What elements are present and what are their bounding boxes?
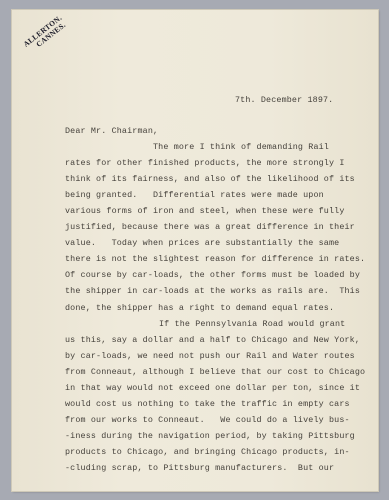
body-line: us this, say a dollar and a half to Chic… bbox=[65, 335, 360, 345]
body-line: done, the shipper has a right to demand … bbox=[65, 303, 334, 313]
body-line: from Conneaut, although I believe that o… bbox=[65, 367, 365, 377]
body-line: value. Today when prices are substantial… bbox=[65, 238, 339, 248]
letter-date: 7th. December 1897. bbox=[235, 95, 333, 105]
body-line: rates for other finished products, the m… bbox=[65, 158, 345, 168]
body-line: justified, because there was a great dif… bbox=[65, 222, 355, 232]
body-line: the shipper in car-loads at the works as… bbox=[65, 286, 360, 296]
body-line: from our works to Conneaut. We could do … bbox=[65, 415, 350, 425]
body-line: by car-loads, we need not push our Rail … bbox=[65, 351, 355, 361]
body-line: would cost us nothing to take the traffi… bbox=[65, 399, 350, 409]
body-line: there is not the slightest reason for di… bbox=[65, 254, 365, 264]
salutation: Dear Mr. Chairman, bbox=[65, 126, 158, 136]
body-line: products to Chicago, and bringing Chicag… bbox=[65, 447, 350, 457]
body-line: -iness during the navigation period, by … bbox=[65, 431, 355, 441]
body-line: being granted. Differential rates were m… bbox=[65, 190, 324, 200]
body-line: If the Pennsylvania Road would grant bbox=[159, 319, 345, 329]
body-line: The more I think of demanding Rail bbox=[153, 142, 329, 152]
body-line: -cluding scrap, to Pittsburg manufacture… bbox=[65, 463, 334, 473]
body-line: think of its fairness, and also of the l… bbox=[65, 174, 355, 184]
body-line: Of course by car-loads, the other forms … bbox=[65, 270, 360, 280]
body-line: in that way would not exceed one dollar … bbox=[65, 383, 360, 393]
body-line: various forms of iron and steel, when th… bbox=[65, 206, 345, 216]
